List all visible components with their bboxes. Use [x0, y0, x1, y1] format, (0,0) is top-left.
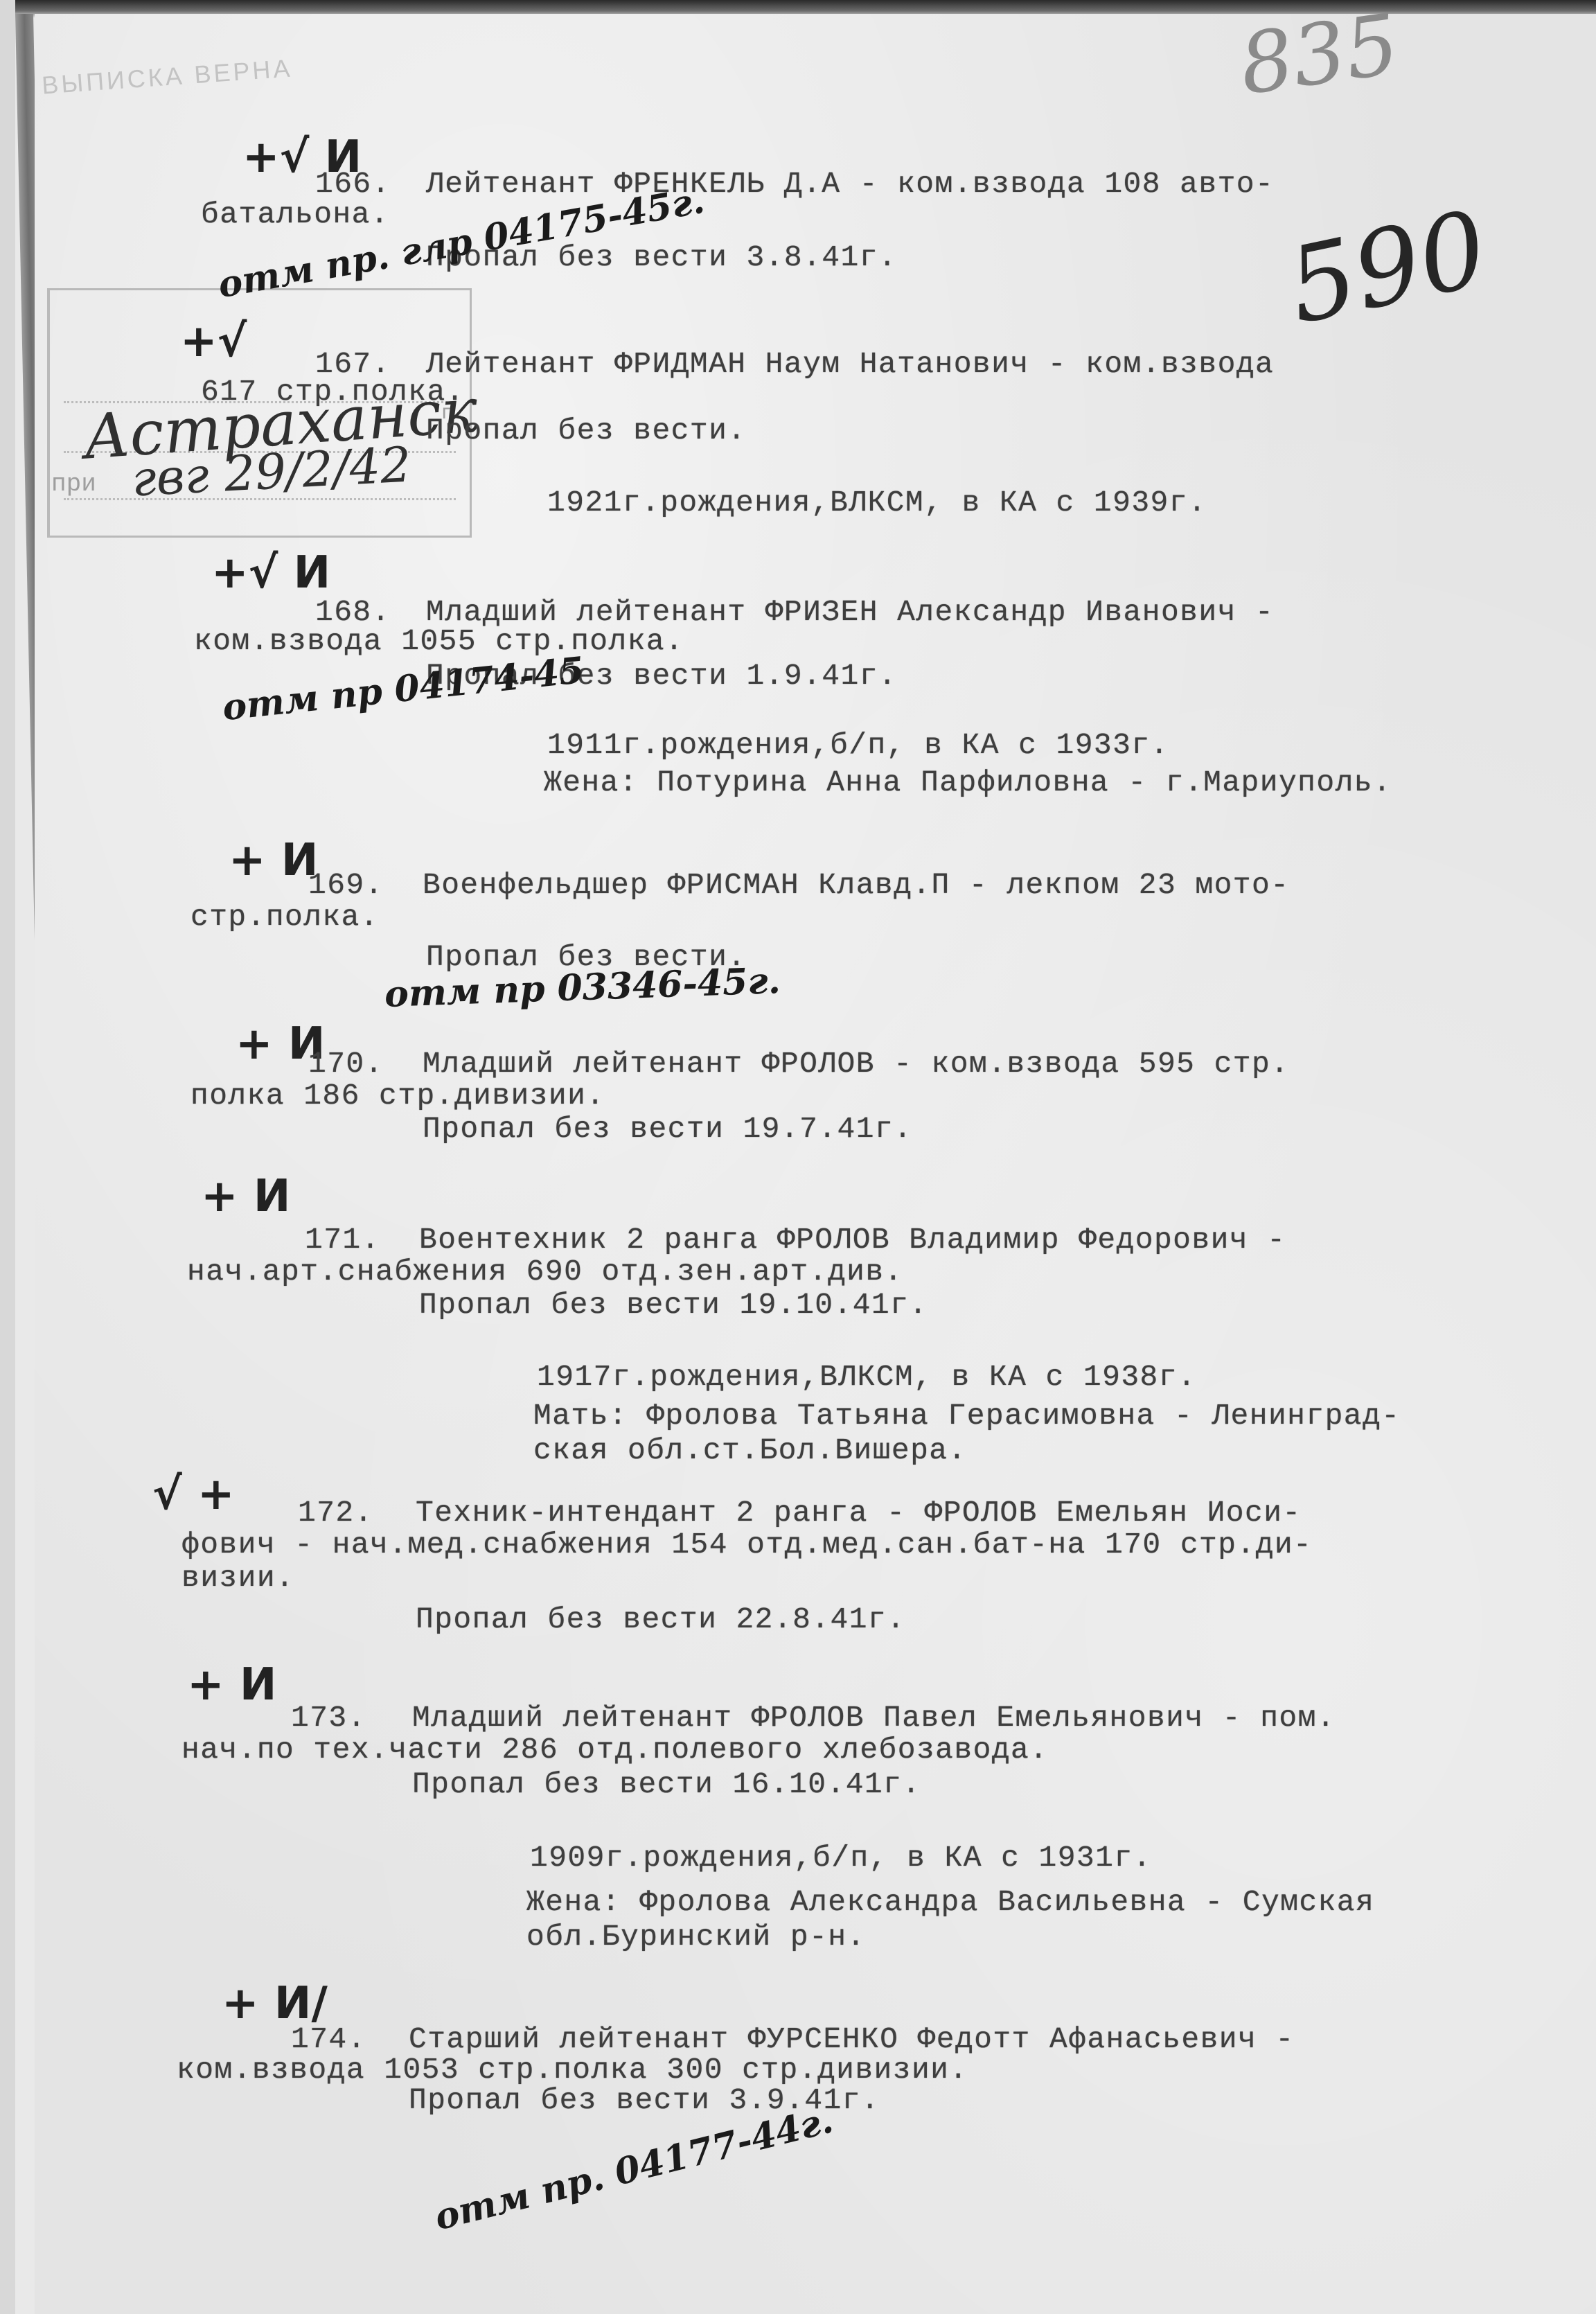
entry-line-3: визии.: [181, 1560, 294, 1596]
entry-detail: Мать: Фролова Татьяна Герасимовна - Лени…: [533, 1398, 1400, 1434]
entry-line-1: Младший лейтенант ФРОЛОВ Павел Емельянов…: [412, 1700, 1336, 1736]
entry-line-1: Техник-интендант 2 ранга - ФРОЛОВ Емелья…: [416, 1495, 1302, 1531]
entry-line-2: стр.полка.: [190, 899, 379, 935]
entry-line-1: Лейтенант ФРИДМАН Наум Натанович - ком.в…: [426, 346, 1274, 382]
entry-status: Пропал без вести 19.10.41г.: [419, 1287, 928, 1323]
entry-detail: Жена: Фролова Александра Васильевна - Су…: [526, 1884, 1374, 1920]
entry-line-2: ком.взвода 1055 стр.полка.: [194, 624, 684, 660]
entry-status: Пропал без вести 19.7.41г.: [423, 1111, 912, 1147]
entry-marks: +√ И: [211, 547, 330, 599]
entry-marks: √ +: [152, 1469, 235, 1520]
entry-marks: +√: [180, 316, 247, 367]
entry-status: Пропал без вести.: [426, 413, 746, 449]
entry-line-2: 617 стр.полка.: [201, 374, 465, 410]
entry-marks: + И: [187, 1659, 276, 1711]
entry-detail: 1911г.рождения,б/п, в КА с 1933г.: [547, 727, 1169, 763]
entry-number: 173.: [291, 1700, 366, 1736]
entry-status: Пропал без вести 16.10.41г.: [412, 1767, 921, 1803]
entry-number: 172.: [298, 1495, 373, 1531]
entry-line-1: Военфельдшер ФРИСМАН Клавд.П - лекпом 23…: [423, 867, 1289, 903]
entry-line-2: полка 186 стр.дивизии.: [190, 1078, 605, 1114]
entry-detail: Жена: Потурина Анна Парфиловна - г.Мариу…: [544, 765, 1392, 801]
entry-line-2: нач.арт.снабжения 690 отд.зен.арт.див.: [187, 1254, 903, 1290]
entry-line-1: Младший лейтенант ФРОЛОВ - ком.взвода 59…: [423, 1046, 1289, 1082]
entry-status: Пропал без вести 22.8.41г.: [416, 1602, 905, 1638]
entry-number: 170.: [308, 1046, 384, 1082]
entry-line-2: фович - нач.мед.снабжения 154 отд.мед.са…: [181, 1527, 1312, 1563]
entry-line-1: Воентехник 2 ранга ФРОЛОВ Владимир Федор…: [419, 1222, 1286, 1258]
entry-detail: 1909г.рождения,б/п, в КА с 1931г.: [530, 1840, 1152, 1876]
entry-number: 169.: [308, 867, 384, 903]
entry-line-2: нач.по тех.части 286 отд.полевого хлебоз…: [181, 1732, 1048, 1768]
entry-number: 171.: [305, 1222, 380, 1258]
stamp-prefix-label: при: [51, 470, 96, 498]
entry-marks: + И: [201, 1171, 290, 1222]
entry-detail: ская обл.ст.Бол.Вишера.: [533, 1433, 967, 1469]
entry-detail: обл.Буринский р-н.: [526, 1919, 866, 1955]
scan-left-margin: [0, 0, 15, 2314]
entry-line-1: Лейтенант ФРЕНКЕЛЬ Д.А - ком.взвода 108 …: [426, 166, 1274, 202]
entry-detail: 1921г.рождения,ВЛКСМ, в КА с 1939г.: [547, 485, 1207, 521]
entry-detail: 1917г.рождения,ВЛКСМ, в КА с 1938г.: [537, 1359, 1196, 1395]
entry-line-2: батальона.: [201, 197, 389, 233]
entry-marks: + И: [229, 835, 318, 886]
